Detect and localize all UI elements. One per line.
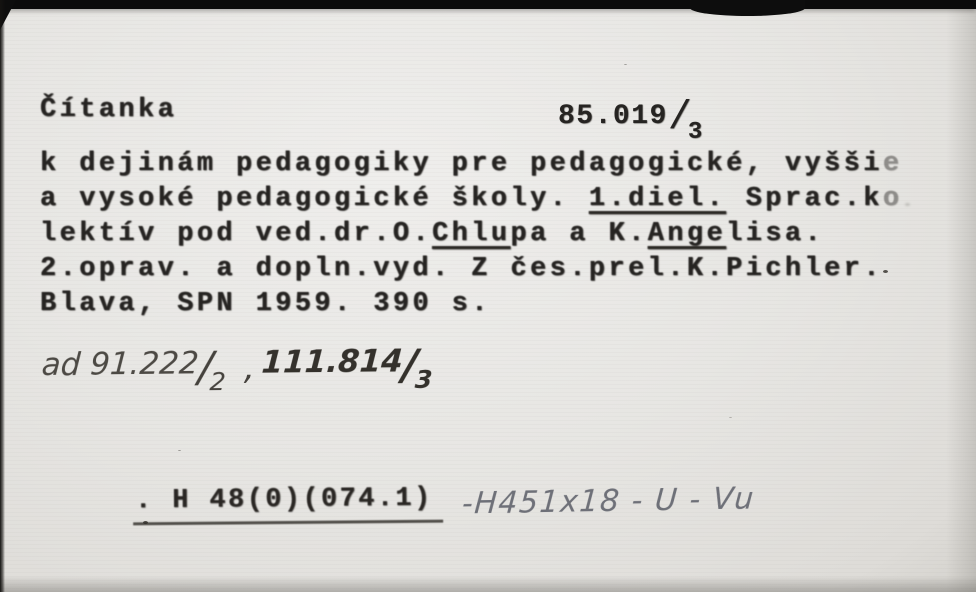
imprint-statement: Blava, SPN 1959. 390 s. — [40, 289, 491, 319]
editor-name-underlined-1: Chlu — [432, 219, 510, 249]
description-line-1-text: k dejinám pedagogiky pre pedagogické, vy… — [40, 149, 883, 179]
description-line-3: lektív pod ved.dr.O.Chlupa a K.Angelisa. — [40, 219, 824, 249]
card-title-text: Čítanka — [40, 95, 177, 125]
description-line-3-text-c: lisa. — [726, 219, 824, 249]
handwritten-shelf-code-text: -H451x18 - U - Vu — [461, 481, 756, 521]
handwritten-ref-1-volume: 2 — [209, 367, 227, 396]
edition-statement: 2.oprav. a dopln.vyd. Z čes.prel.K.Pichl… — [40, 254, 883, 284]
description-line-3-text-b: pa a K. — [510, 219, 647, 249]
description-line-2-text: a vysoké pedagogické školy. — [40, 184, 589, 214]
scan-shadow-right — [946, 0, 976, 592]
card-title: Čítanka — [40, 95, 177, 125]
handwritten-ref-2: 111.814 — [261, 343, 404, 381]
accession-number-main: 85.019 — [558, 101, 668, 132]
handwritten-related-numbers: ad 91.222/2,111.814/3 — [41, 332, 438, 385]
handwritten-shelf-code: -H451x18 - U - Vu — [461, 481, 756, 521]
library-catalog-card: Čítanka 85.019/3 k dejinám pedagogiky pr… — [0, 0, 976, 592]
handwritten-ref-separator: , — [243, 348, 256, 388]
scan-border-left — [0, 0, 5, 592]
description-line-5: Blava, SPN 1959. 390 s. — [40, 289, 491, 319]
scan-border-bulge — [690, 0, 805, 16]
handwritten-ref-1: ad 91.222 — [41, 345, 200, 383]
udc-classification: . H 48(0)(074.1) — [133, 484, 443, 526]
scan-border-top — [0, 0, 976, 9]
udc-classification-text: . H 48(0)(074.1) — [135, 484, 433, 517]
accession-number: 85.019/3 — [558, 91, 708, 136]
scanned-page: Čítanka 85.019/3 k dejinám pedagogiky pr… — [0, 0, 976, 592]
handwritten-ref-2-volume: 3 — [414, 365, 433, 394]
volume-designation-underlined: 1.diel. — [589, 184, 726, 214]
description-line-3-text: lektív pod ved.dr.O. — [40, 219, 432, 249]
description-line-2-text-b: Sprac.k — [726, 184, 883, 214]
accession-number-volume: 3 — [688, 119, 704, 146]
description-line-1: k dejinám pedagogiky pre pedagogické, vy… — [40, 149, 903, 179]
description-line-4: 2.oprav. a dopln.vyd. Z čes.prel.K.Pichl… — [40, 254, 883, 284]
editor-name-underlined-2: Ange — [648, 219, 726, 249]
description-line-2-edge-letter: o — [883, 184, 903, 214]
description-line-2: a vysoké pedagogické školy. 1.diel. Spra… — [40, 184, 903, 214]
description-line-1-edge-letter: e — [883, 149, 903, 179]
scan-shadow-bottom — [0, 576, 976, 592]
